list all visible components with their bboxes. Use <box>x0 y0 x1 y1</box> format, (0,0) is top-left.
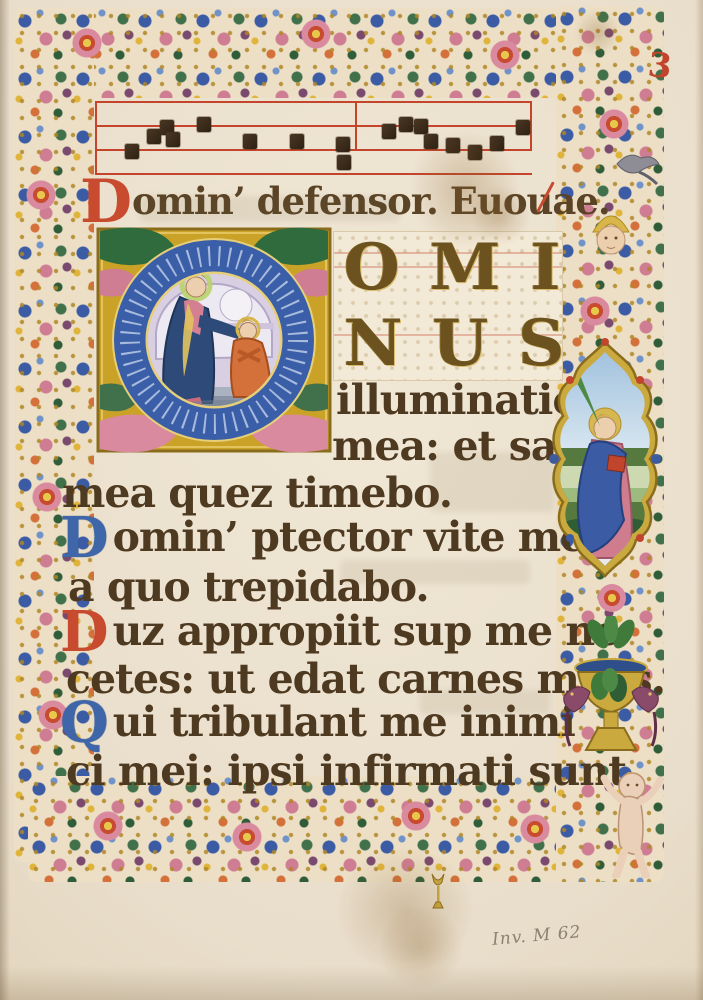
parchment-stain <box>575 10 620 55</box>
verse-line: illuminatio <box>336 379 579 421</box>
neume-note <box>166 132 180 147</box>
initial-d-illumination <box>96 227 332 453</box>
bleedthrough-ghost <box>420 690 550 714</box>
verse-text: ci mei: ipsi infirmati sunt <box>66 747 626 795</box>
verse-text: uz appropiit sup me no <box>113 607 621 655</box>
page-edge-shadow-bottom <box>0 966 703 1000</box>
neume-note <box>147 129 161 144</box>
neume-note <box>336 137 350 152</box>
flower-rosette <box>490 40 520 70</box>
flower-rosette <box>30 480 64 514</box>
border-top-floral <box>18 8 648 98</box>
neume-note <box>414 119 428 134</box>
flower-rosette <box>400 800 432 832</box>
bleedthrough-ghost <box>430 452 555 512</box>
parchment-stain <box>378 905 463 990</box>
neume-note <box>516 120 530 135</box>
versal-initial: D <box>60 505 108 571</box>
verse-text: mea quez timebo. <box>62 469 452 517</box>
parchment-stain <box>470 185 530 245</box>
bird-icon <box>613 146 661 186</box>
neume-note <box>382 124 396 139</box>
verse-line: ci mei: ipsi infirmati sunt <box>66 750 626 792</box>
flower-rosette <box>26 180 56 210</box>
verse-line: mea quez timebo. <box>62 472 452 514</box>
neume-note <box>197 117 211 132</box>
book <box>607 455 626 472</box>
cherub-head <box>586 206 636 260</box>
folio-number: 3 <box>646 45 674 87</box>
manuscript-page: Domin’ defensor. Euouae. <box>0 0 703 1000</box>
display-capitals-panel: OMI NUS <box>333 231 563 381</box>
historiated-initial-D <box>96 227 332 453</box>
flower-rosette <box>300 18 332 50</box>
verse-line: Domin’ ptector vite mee: <box>60 516 624 559</box>
verse-text: illuminatio <box>336 376 579 424</box>
verse-line: Duz appropiit sup me no <box>60 610 621 653</box>
page-edge-shadow-left <box>0 0 10 1000</box>
flower-rosette <box>520 814 550 844</box>
saint-medallion <box>544 336 666 584</box>
putto-figure <box>588 766 670 878</box>
bleedthrough-ghost <box>140 196 400 222</box>
neume-note <box>399 117 413 132</box>
flower-rosette <box>90 808 126 844</box>
bird-left <box>564 687 590 712</box>
neume-note <box>337 155 351 170</box>
bleedthrough-ghost <box>340 560 530 584</box>
neume-note <box>125 144 139 159</box>
neume-note <box>290 134 304 149</box>
vase-with-birds <box>560 616 662 776</box>
page-edge-shadow-right <box>695 0 703 1000</box>
flower-rosette <box>70 26 104 60</box>
bird-right <box>632 687 658 712</box>
flower-rosette <box>230 820 264 854</box>
neume-note <box>243 134 257 149</box>
flower-rosette <box>598 108 630 140</box>
inventory-inscription: Inv. M 62 <box>491 922 582 950</box>
